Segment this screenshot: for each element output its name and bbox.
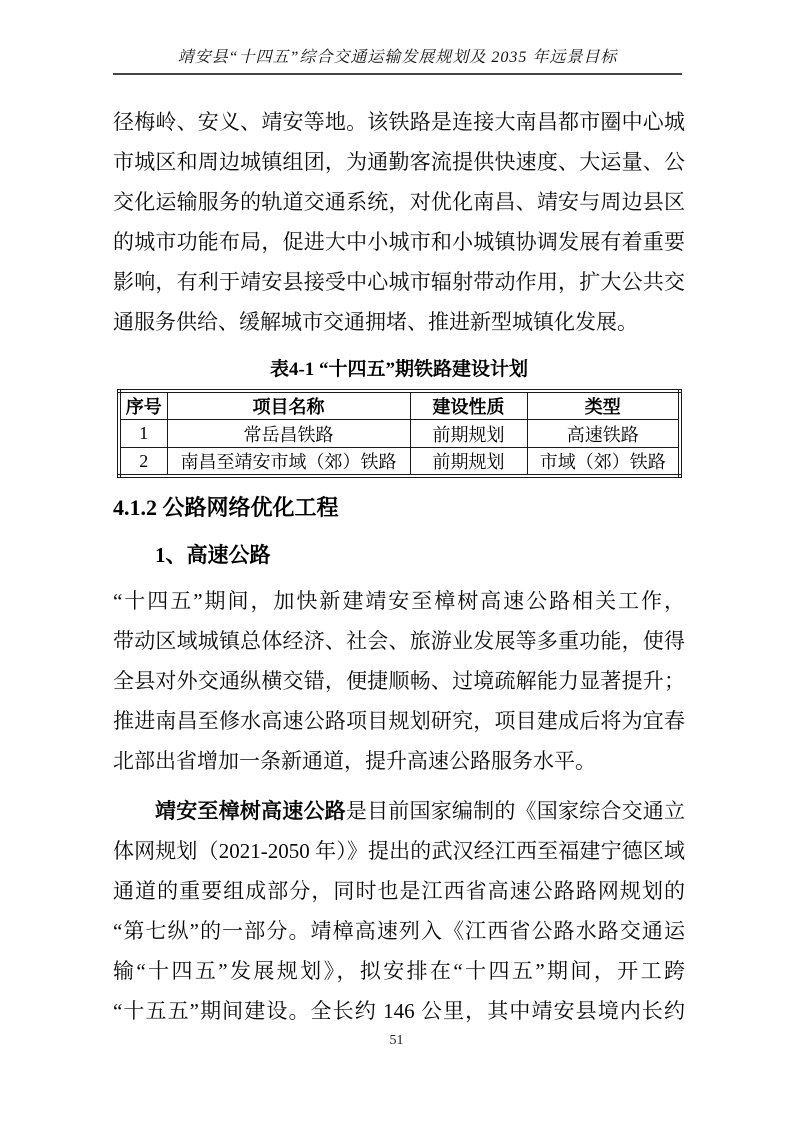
text-line: 交化运输服务的轨道交通系统，对优化南昌、靖安与周边县区 — [113, 182, 685, 222]
text-line: 北部出省增加一条新通道，提升高速公路服务水平。 — [113, 741, 685, 781]
page-header: 靖安县“十四五”综合交通运输发展规划及 2035 年远景目标 — [113, 0, 682, 75]
column-header-project: 项目名称 — [167, 391, 410, 420]
document-page: 靖安县“十四五”综合交通运输发展规划及 2035 年远景目标 径梅岭、安义、靖安… — [0, 0, 793, 1122]
table-header-row: 序号 项目名称 建设性质 类型 — [119, 391, 680, 420]
section-heading: 4.1.2 公路网络优化工程 — [113, 493, 685, 523]
text-line: 通道的重要组成部分，同时也是江西省高速公路路网规划的 — [113, 871, 685, 911]
text-line: 带动区域城镇总体经济、社会、旅游业发展等多重功能，使得 — [113, 621, 685, 661]
column-header-index: 序号 — [119, 391, 167, 420]
page-number: 51 — [0, 1033, 793, 1049]
text-line: 全县对外交通纵横交错，便捷顺畅、过境疏解能力显著提升； — [113, 661, 685, 701]
text-line: 输“十四五”发展规划》，拟安排在“十四五”期间，开工跨 — [113, 951, 685, 991]
paragraph-expressway: “十四五”期间，加快新建靖安至樟树高速公路相关工作， 带动区域城镇总体经济、社会… — [113, 581, 685, 781]
cell-project: 南昌至靖安市域（郊）铁路 — [167, 448, 410, 477]
text-line: “第七纵”的一部分。靖樟高速列入《江西省公路水路交通运 — [113, 911, 685, 951]
text-line: 体网规划（2021-2050 年）》提出的武汉经江西至福建宁德区域 — [113, 831, 685, 871]
bold-lead-text: 靖安至樟树高速公路 — [155, 799, 346, 823]
column-header-type: 类型 — [527, 391, 680, 420]
table-caption: 表4-1 “十四五”期铁路建设计划 — [113, 355, 685, 385]
text-line: “十四五”期间，加快新建靖安至樟树高速公路相关工作， — [113, 581, 685, 621]
header-title: 靖安县“十四五”综合交通运输发展规划及 2035 年远景目标 — [113, 44, 682, 73]
cell-type: 高速铁路 — [527, 420, 680, 448]
page-content: 径梅岭、安义、靖安等地。该铁路是连接大南昌都市圈中心城 市城区和周边城镇组团，为… — [113, 102, 685, 1031]
cell-project: 常岳昌铁路 — [167, 420, 410, 448]
text-line: “十五五”期间建设。全长约 146 公里，其中靖安县境内长约 — [113, 991, 685, 1031]
column-header-nature: 建设性质 — [410, 391, 527, 420]
cell-nature: 前期规划 — [410, 420, 527, 448]
cell-index: 1 — [119, 420, 167, 448]
text-line: 市城区和周边城镇组团，为通勤客流提供快速度、大运量、公 — [113, 142, 685, 182]
text-line: 的城市功能布局，促进大中小城市和小城镇协调发展有着重要 — [113, 222, 685, 262]
paragraph-jingzhang-expressway: 靖安至樟树高速公路是目前国家编制的《国家综合交通立 体网规划（2021-2050… — [113, 791, 685, 1031]
table-row: 2 南昌至靖安市域（郊）铁路 前期规划 市域（郊）铁路 — [119, 448, 680, 477]
paragraph-railway: 径梅岭、安义、靖安等地。该铁路是连接大南昌都市圈中心城 市城区和周边城镇组团，为… — [113, 102, 685, 342]
lead-rest-text: 是目前国家编制的《国家综合交通立 — [346, 799, 685, 823]
table-row: 1 常岳昌铁路 前期规划 高速铁路 — [119, 420, 680, 448]
railway-construction-table: 序号 项目名称 建设性质 类型 1 常岳昌铁路 前期规划 高速铁路 2 南昌至靖… — [117, 389, 682, 478]
text-line: 推进南昌至修水高速公路项目规划研究，项目建成后将为宜春 — [113, 701, 685, 741]
cell-type: 市域（郊）铁路 — [527, 448, 680, 477]
text-line: 影响，有利于靖安县接受中心城市辐射带动作用，扩大公共交 — [113, 262, 685, 302]
cell-nature: 前期规划 — [410, 448, 527, 477]
sub-heading: 1、高速公路 — [155, 541, 685, 569]
text-line: 径梅岭、安义、靖安等地。该铁路是连接大南昌都市圈中心城 — [113, 102, 685, 142]
text-line: 通服务供给、缓解城市交通拥堵、推进新型城镇化发展。 — [113, 302, 685, 342]
text-line: 靖安至樟树高速公路是目前国家编制的《国家综合交通立 — [113, 791, 685, 831]
cell-index: 2 — [119, 448, 167, 477]
